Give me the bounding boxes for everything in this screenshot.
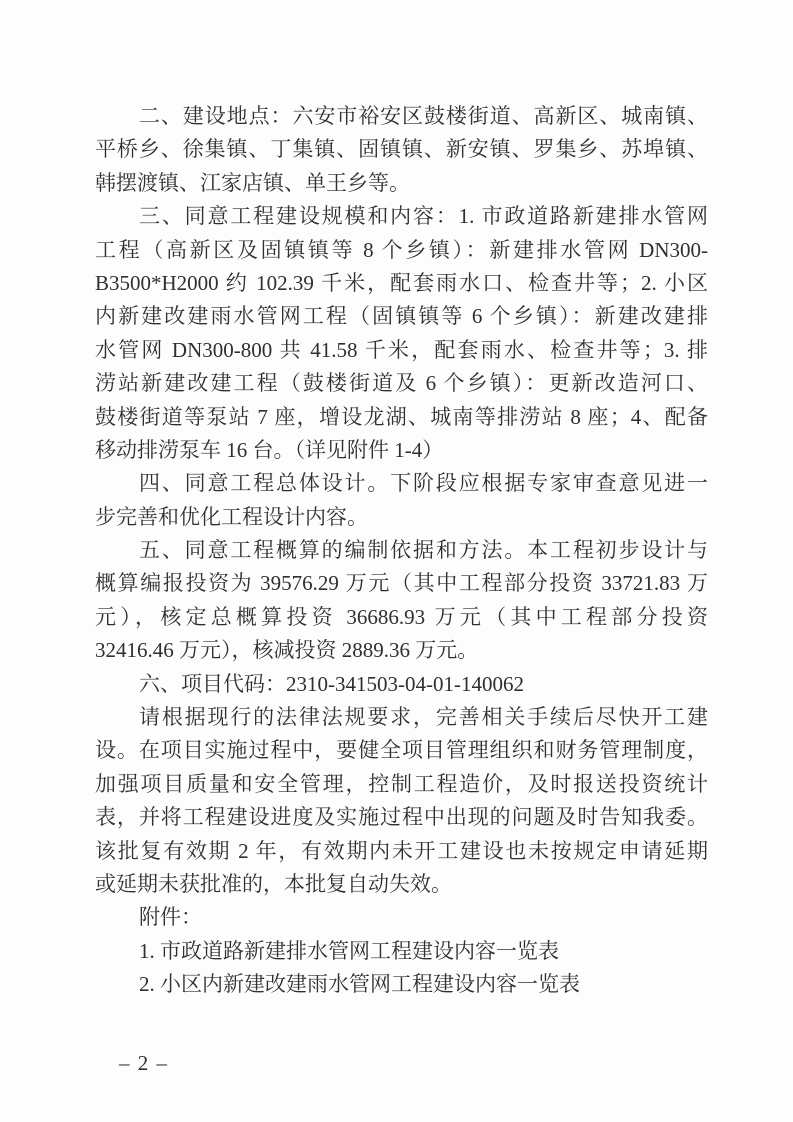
document-line: 涝站新建改建工程（鼓楼街道及 6 个乡镇）：更新改造河口、 xyxy=(95,367,708,400)
document-line: 工程（高新区及固镇镇等 8 个乡镇）：新建排水管网 DN300- xyxy=(95,234,708,267)
document-line: 1. 市政道路新建排水管网工程建设内容一览表 xyxy=(95,935,708,968)
document-body: 二、建设地点：六安市裕安区鼓楼街道、高新区、城南镇、平桥乡、徐集镇、丁集镇、固镇… xyxy=(95,100,708,1002)
document-line: 平桥乡、徐集镇、丁集镇、固镇镇、新安镇、罗集乡、苏埠镇、 xyxy=(95,133,708,166)
document-line: 32416.46 万元），核减投资 2889.36 万元。 xyxy=(95,634,708,667)
document-line: 附件： xyxy=(95,901,708,934)
page-number: – 2 – xyxy=(119,1047,169,1080)
document-line: 六、项目代码：2310-341503-04-01-140062 xyxy=(95,668,708,701)
document-line: 2. 小区内新建改建雨水管网工程建设内容一览表 xyxy=(95,968,708,1001)
document-line: 韩摆渡镇、江家店镇、单王乡等。 xyxy=(95,167,708,200)
document-line: 二、建设地点：六安市裕安区鼓楼街道、高新区、城南镇、 xyxy=(95,100,708,133)
document-line: 步完善和优化工程设计内容。 xyxy=(95,501,708,534)
document-line: 请根据现行的法律法规要求，完善相关手续后尽快开工建 xyxy=(95,701,708,734)
document-line: 内新建改建雨水管网工程（固镇镇等 6 个乡镇）：新建改建排 xyxy=(95,300,708,333)
document-line: 移动排涝泵车 16 台。（详见附件 1-4） xyxy=(95,434,708,467)
document-page: 二、建设地点：六安市裕安区鼓楼街道、高新区、城南镇、平桥乡、徐集镇、丁集镇、固镇… xyxy=(0,0,793,1122)
document-line: 元），核定总概算投资 36686.93 万元（其中工程部分投资 xyxy=(95,601,708,634)
document-line: 概算编报投资为 39576.29 万元（其中工程部分投资 33721.83 万 xyxy=(95,567,708,600)
document-line: 四、同意工程总体设计。下阶段应根据专家审查意见进一 xyxy=(95,467,708,500)
document-line: 该批复有效期 2 年，有效期内未开工建设也未按规定申请延期 xyxy=(95,835,708,868)
document-line: 表，并将工程建设进度及实施过程中出现的问题及时告知我委。 xyxy=(95,801,708,834)
document-line: 三、同意工程建设规模和内容：1. 市政道路新建排水管网 xyxy=(95,200,708,233)
document-line: 鼓楼街道等泵站 7 座，增设龙湖、城南等排涝站 8 座；4、配备 xyxy=(95,401,708,434)
document-line: 五、同意工程概算的编制依据和方法。本工程初步设计与 xyxy=(95,534,708,567)
document-line: B3500*H2000 约 102.39 千米，配套雨水口、检查井等；2. 小区 xyxy=(95,267,708,300)
document-line: 加强项目质量和安全管理，控制工程造价，及时报送投资统计 xyxy=(95,768,708,801)
document-line: 或延期未获批准的，本批复自动失效。 xyxy=(95,868,708,901)
document-line: 设。在项目实施过程中，要健全项目管理组织和财务管理制度， xyxy=(95,734,708,767)
document-line: 水管网 DN300-800 共 41.58 千米，配套雨水、检查井等；3. 排 xyxy=(95,334,708,367)
